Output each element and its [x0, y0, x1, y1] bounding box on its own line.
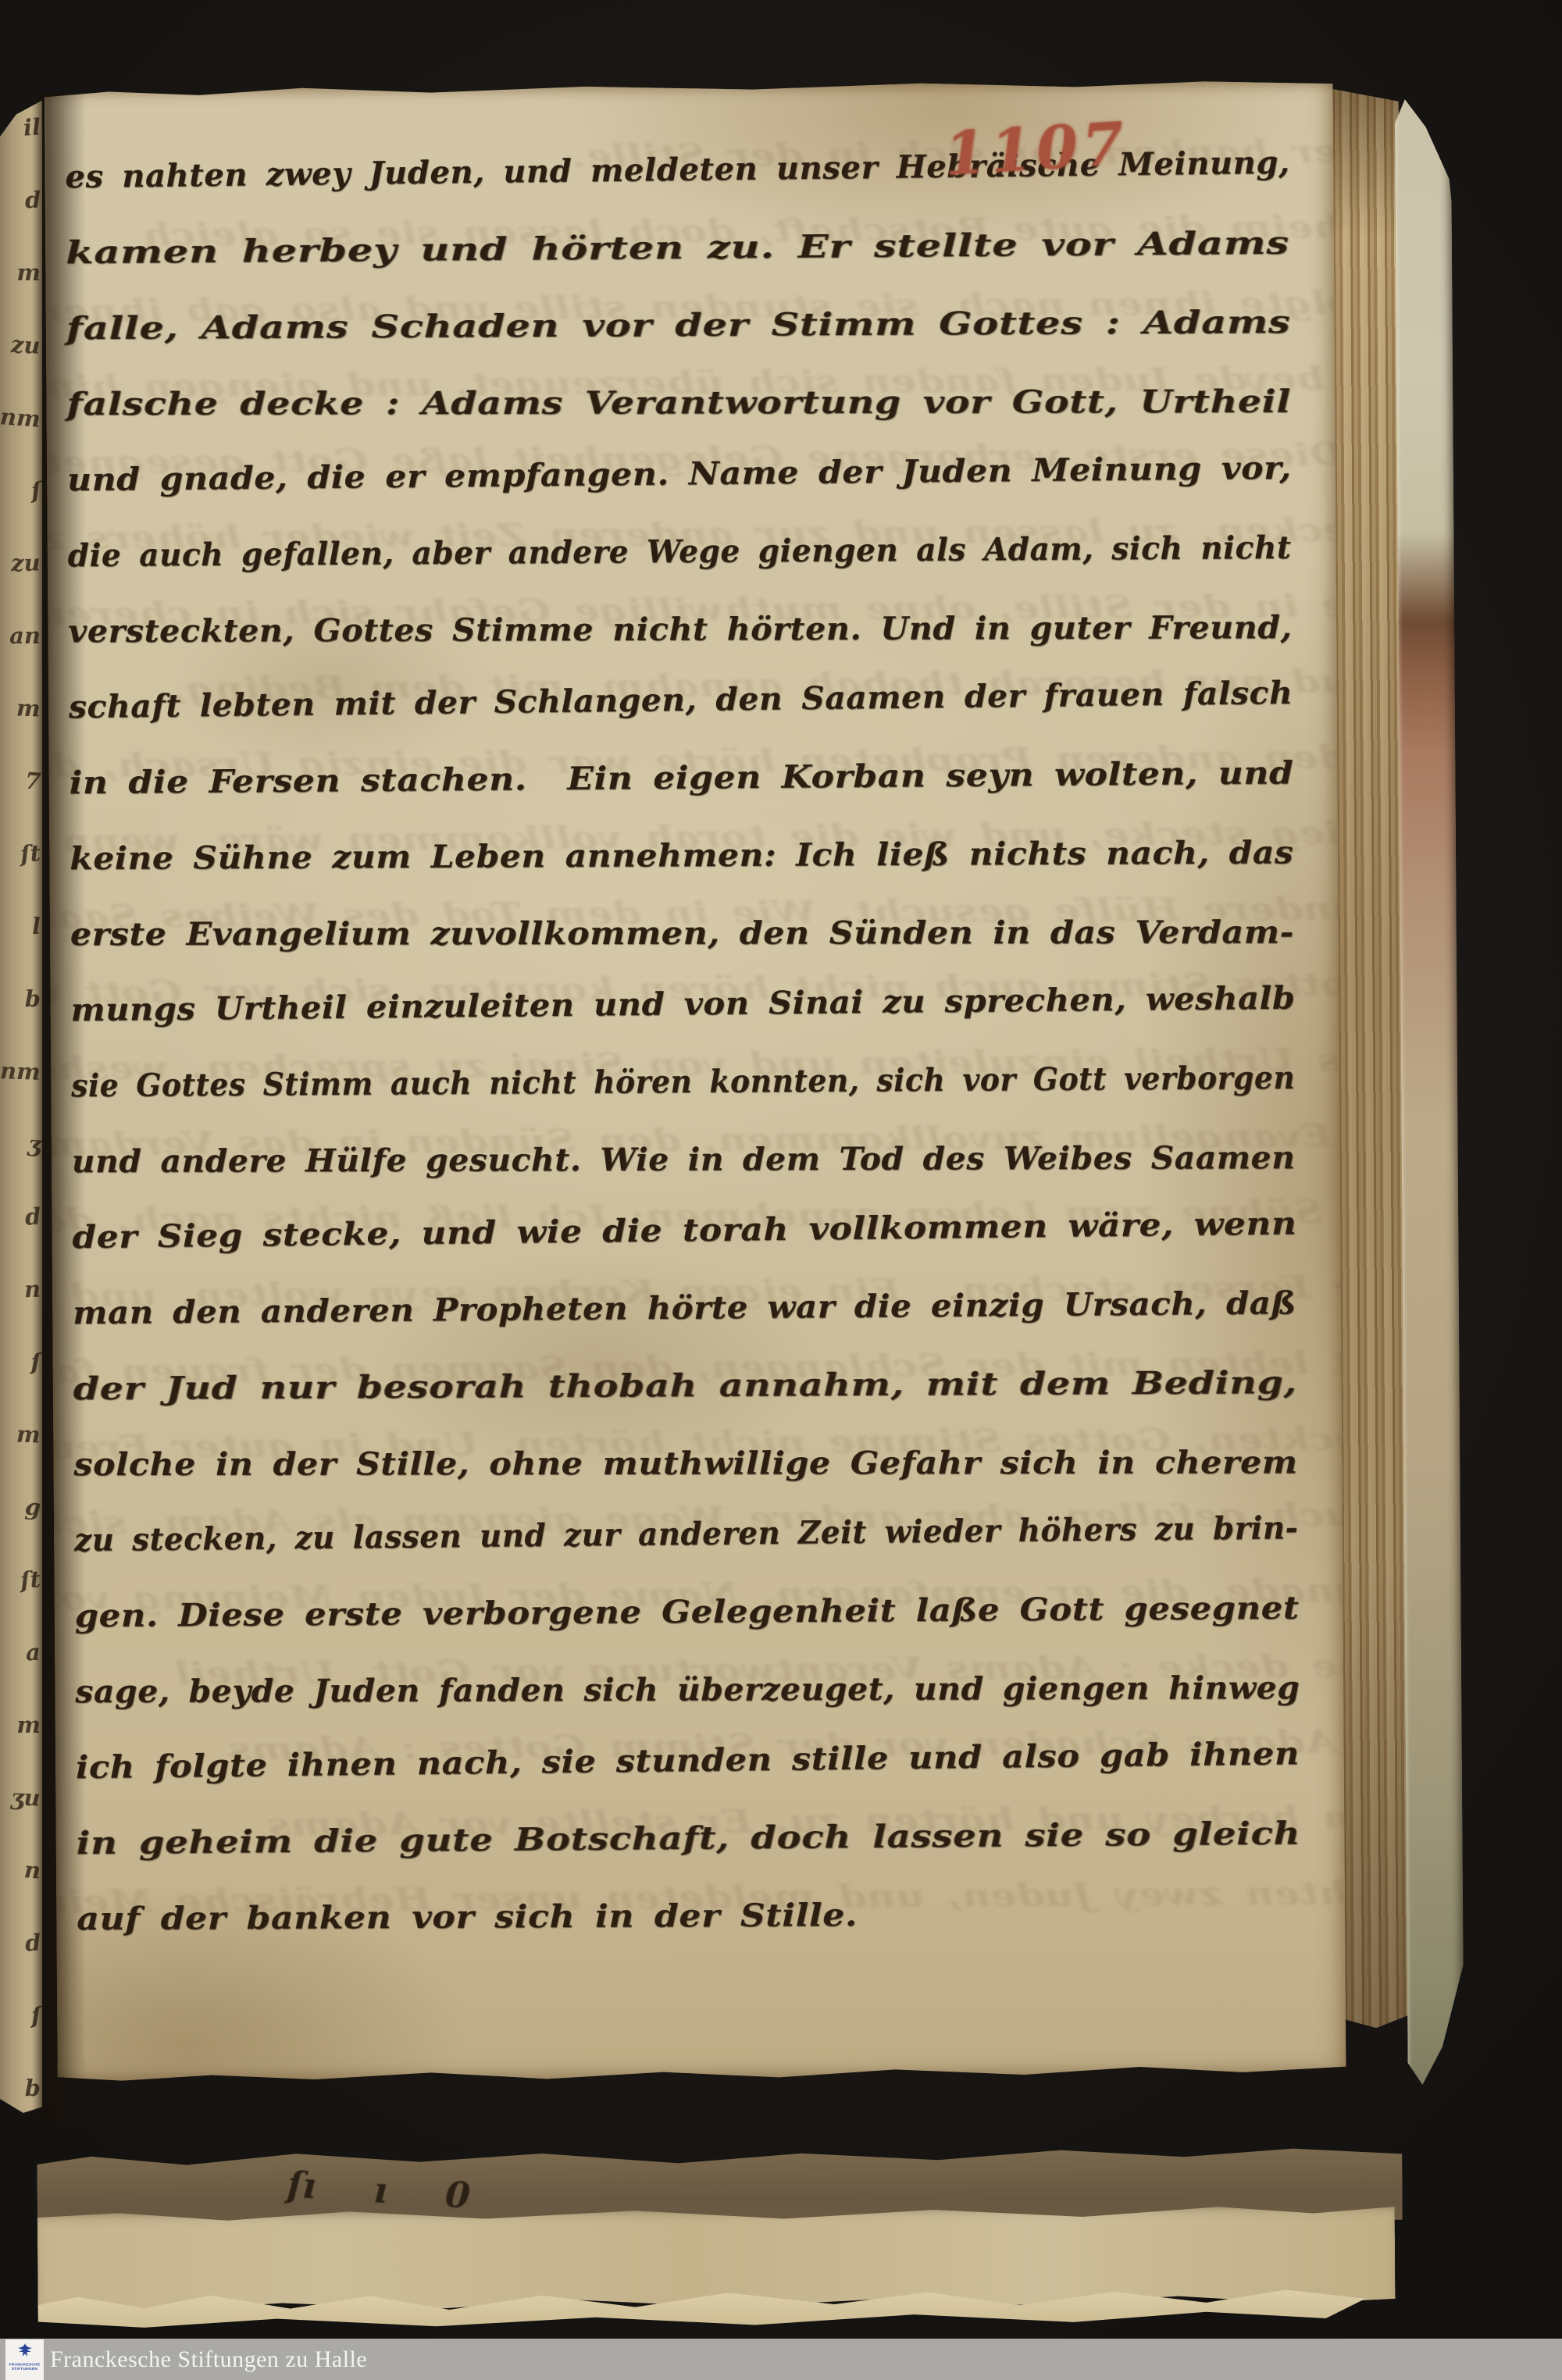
- institution-logo: FRANCKESCHE STIFTUNGEN: [5, 2339, 44, 2380]
- eagle-icon: [16, 2343, 34, 2358]
- manuscript-line: der Sieg stecke, und wie die torah vollk…: [72, 1185, 1297, 1275]
- watermark-title: Franckesche Stiftungen zu Halle: [50, 2346, 367, 2373]
- manuscript-line: in geheim die gute Botschaft, doch lasse…: [76, 1795, 1300, 1881]
- facing-page-fragment: ſt: [20, 839, 41, 868]
- manuscript-line: mungs Urtheil einzuleiten und von Sinai …: [70, 960, 1296, 1049]
- facing-page-fragment: ſ: [31, 1349, 41, 1375]
- facing-page-fragment: ſ: [30, 2002, 41, 2029]
- facing-page-fragment: zu: [11, 549, 41, 576]
- manuscript-line: schaft lebten mit der Schlangen, den Saa…: [68, 655, 1293, 745]
- manuscript-line: in die Fersen stachen. Ein eigen Korban …: [69, 735, 1294, 821]
- manuscript-line: solche in der Stille, ohne muthwillige G…: [73, 1424, 1297, 1502]
- manuscript-line: auf der banken vor sich in der Stille.: [77, 1877, 858, 1957]
- facing-page-fragment: an: [9, 622, 41, 649]
- manuscript-line: falsche decke : Adams Verantwortung vor …: [66, 364, 1291, 442]
- manuscript-line: gen. Diese erste verborgene Gelegenheit …: [74, 1570, 1299, 1654]
- manuscript-line: kamen herbey und hörten zu. Er stellte v…: [66, 205, 1290, 291]
- underlying-pages: ſı ı 0: [36, 2037, 1435, 2343]
- facing-page-fragment: n: [23, 1856, 41, 1883]
- facing-page-fragment: nm: [0, 403, 41, 433]
- manuscript-text-block: es nahten zwey Juden, und meldeten unser…: [65, 131, 1318, 1957]
- manuscript-line: ich folgte ihnen nach, sie stunden still…: [75, 1716, 1300, 1805]
- facing-page-fragment: il: [23, 113, 41, 141]
- facing-page-fragment: m: [16, 1712, 41, 1738]
- manuscript-line: der Jud nur besorah thobah annahm, mit d…: [73, 1345, 1297, 1427]
- facing-page-fragment: d: [24, 187, 41, 214]
- manuscript-line: keine Sühne zum Leben annehmen: Ich ließ…: [70, 814, 1294, 896]
- facing-page-fragment: m: [16, 1420, 41, 1448]
- manuscript-line: man den anderen Propheten hörte war die …: [73, 1265, 1296, 1351]
- manuscript-line: erste Evangelium zuvollkommen, den Sünde…: [70, 894, 1294, 972]
- facing-page-edge: ildmzunmſzuanm7ſtlbnmʒdnſmgſtamʒundſb: [0, 98, 42, 2113]
- manuscript-line: zu stecken, zu lassen und zur anderen Ze…: [74, 1490, 1299, 1578]
- manuscript-page: auf der banken vor sich in der Stille.in…: [45, 77, 1346, 2085]
- facing-page-fragment: ſ: [30, 477, 41, 504]
- facing-page-fragment: d: [24, 1929, 42, 1956]
- manuscript-line: die auch gefallen, aber andere Wege gien…: [67, 510, 1291, 593]
- facing-page-fragment: b: [25, 985, 41, 1012]
- facing-page-fragment: ſt: [20, 1566, 41, 1594]
- facing-page-fragment: 7: [24, 767, 42, 794]
- book-block: ſı ı 0 auf der banken vor sich in der St…: [43, 69, 1487, 2280]
- page-number: 1107: [943, 109, 1130, 189]
- facing-page-fragment: nm: [0, 1057, 41, 1085]
- manuscript-line: falle, Adams Schaden vor der Stimm Gotte…: [66, 284, 1291, 366]
- watermark-bar: FRANCKESCHE STIFTUNGEN Franckesche Stift…: [0, 2339, 1562, 2380]
- facing-page-fragment: l: [31, 913, 41, 939]
- facing-page-fragment: m: [16, 259, 41, 286]
- manuscript-line: sie Gottes Stimm auch nicht hören konnte…: [71, 1040, 1296, 1124]
- facing-page-fragment: n: [23, 1276, 41, 1303]
- facing-page-fragment: ʒu: [11, 1783, 41, 1811]
- facing-page-fragment: d: [24, 1202, 42, 1230]
- facing-page-fragment: g: [24, 1493, 42, 1520]
- logo-text-line2: STIFTUNGEN: [5, 2367, 44, 2371]
- facing-page-fragment: a: [26, 1639, 41, 1666]
- facing-page-fragment: ʒ: [27, 1130, 41, 1157]
- facing-page-fragment: zu: [11, 331, 41, 358]
- facing-page-fragment: m: [16, 694, 41, 721]
- digitized-manuscript-scan: ildmzunmſzuanm7ſtlbnmʒdnſmgſtamʒundſb ſı…: [0, 0, 1562, 2380]
- manuscript-line: und gnade, die er empfangen. Name der Ju…: [67, 430, 1292, 518]
